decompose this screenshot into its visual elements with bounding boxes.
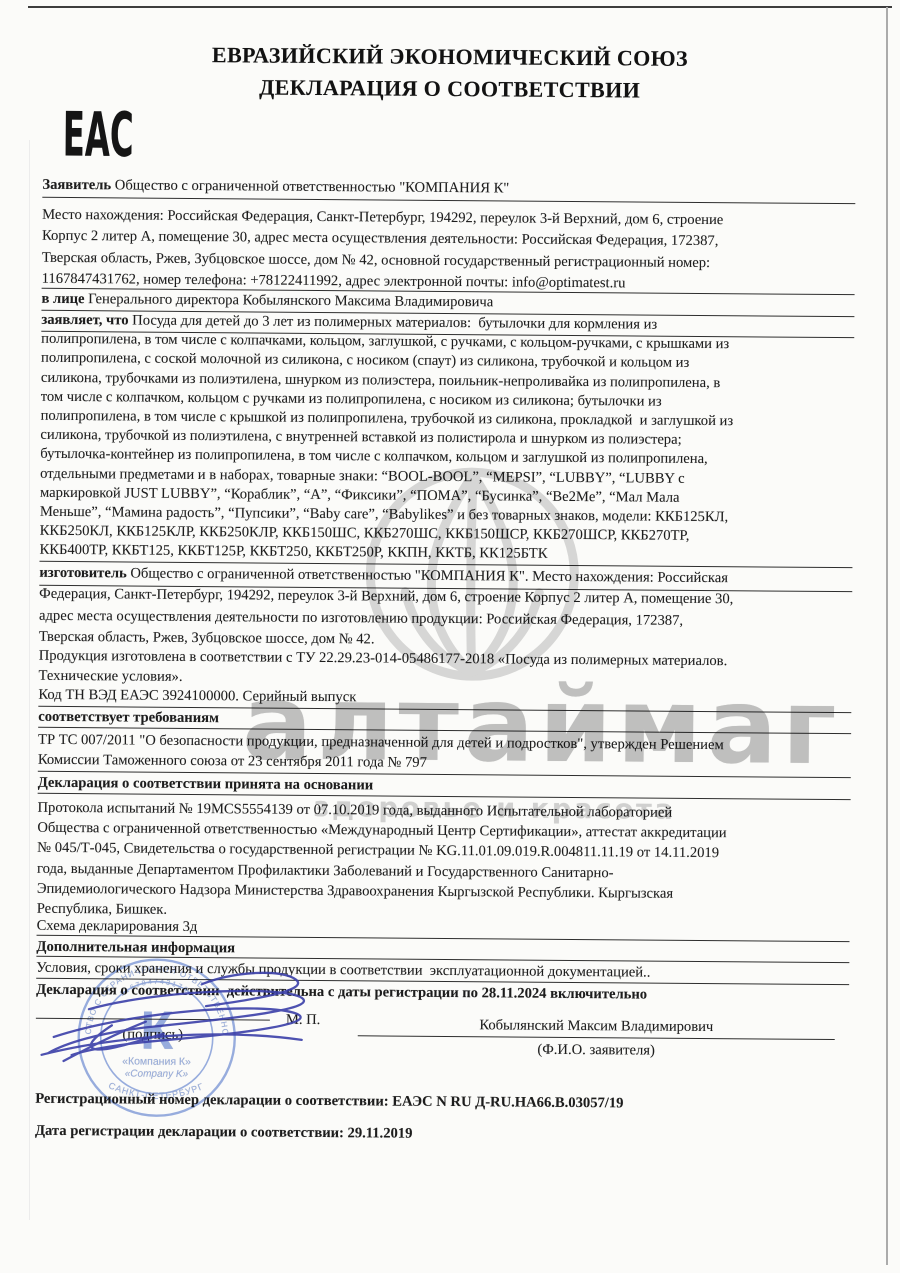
in-person-label: в лице [41, 291, 88, 307]
stamp-city-text: САНКТ-ПЕТЕРБУРГ [107, 1080, 206, 1101]
eac-logo-glyph: EAC [63, 96, 136, 173]
eac-mark-text: EAC [63, 100, 134, 172]
svg-text:САНКТ-ПЕТЕРБУРГ: САНКТ-ПЕТЕРБУРГ [107, 1080, 206, 1101]
scanned-declaration-page: ЕВРАЗИЙСКИЙ ЭКОНОМИЧЕСКИЙ СОЮЗ ДЕКЛАРАЦИ… [0, 0, 900, 1273]
name-caption: (Ф.И.О. заявителя) [358, 1039, 835, 1062]
applicant-name: Кобылянский Максим Владимирович [358, 1015, 835, 1038]
basis-documents: Протокола испытаний № 19MCS5554139 от 07… [37, 798, 852, 926]
document-title-line2: ДЕКЛАРАЦИЯ О СООТВЕТСТВИИ [43, 73, 856, 105]
product-declaration-section: заявляет, что Посуда для детей до 3 лет … [39, 311, 855, 567]
applicant-value: Общество с ограниченной ответственностью… [115, 177, 510, 196]
declares-label: заявляет, что [41, 312, 132, 329]
mp-label: М. П. [286, 1011, 321, 1030]
stamp-company-ru: «Компания К» [122, 1055, 191, 1068]
manufacturer-label: изготовитель [39, 565, 130, 582]
document-content: ЕВРАЗИЙСКИЙ ЭКОНОМИЧЕСКИЙ СОЮЗ ДЕКЛАРАЦИ… [0, 0, 900, 1273]
company-stamp: ОБЩЕСТВО С ОГРАНИЧЕННОЙ ОТВЕТСТВЕННОСТЬЮ… [71, 952, 242, 1123]
company-stamp-icon: ОБЩЕСТВО С ОГРАНИЧЕННОЙ ОТВЕТСТВЕННОСТЬЮ… [71, 952, 242, 1123]
eac-logo: EAC [63, 96, 136, 173]
stamp-company-en: «Company K» [125, 1068, 189, 1080]
declares-value: Посуда для детей до 3 лет из полимерных … [39, 313, 733, 563]
made-per-standard: Продукция изготовлена в соответствии с Т… [38, 647, 852, 692]
registration-date: Дата регистрации декларации о соответств… [35, 1122, 849, 1147]
applicant-address: Место нахождения: Российская Федерация, … [42, 205, 857, 297]
applicant-label: Заявитель [42, 177, 115, 194]
document-title-line1: ЕВРАЗИЙСКИЙ ЭКОНОМИЧЕСКИЙ СОЮЗ [43, 41, 856, 73]
stamp-center-letter: К [140, 1001, 174, 1061]
manufacturer-section: изготовитель Общество с ограниченной отв… [39, 563, 854, 655]
technical-regulation: ТР ТС 007/2011 "О безопасности продукции… [38, 730, 852, 777]
in-person-value: Генерального директора Кобылянского Макс… [88, 291, 493, 310]
manufacturer-value: Общество с ограниченной ответственностью… [39, 566, 734, 648]
